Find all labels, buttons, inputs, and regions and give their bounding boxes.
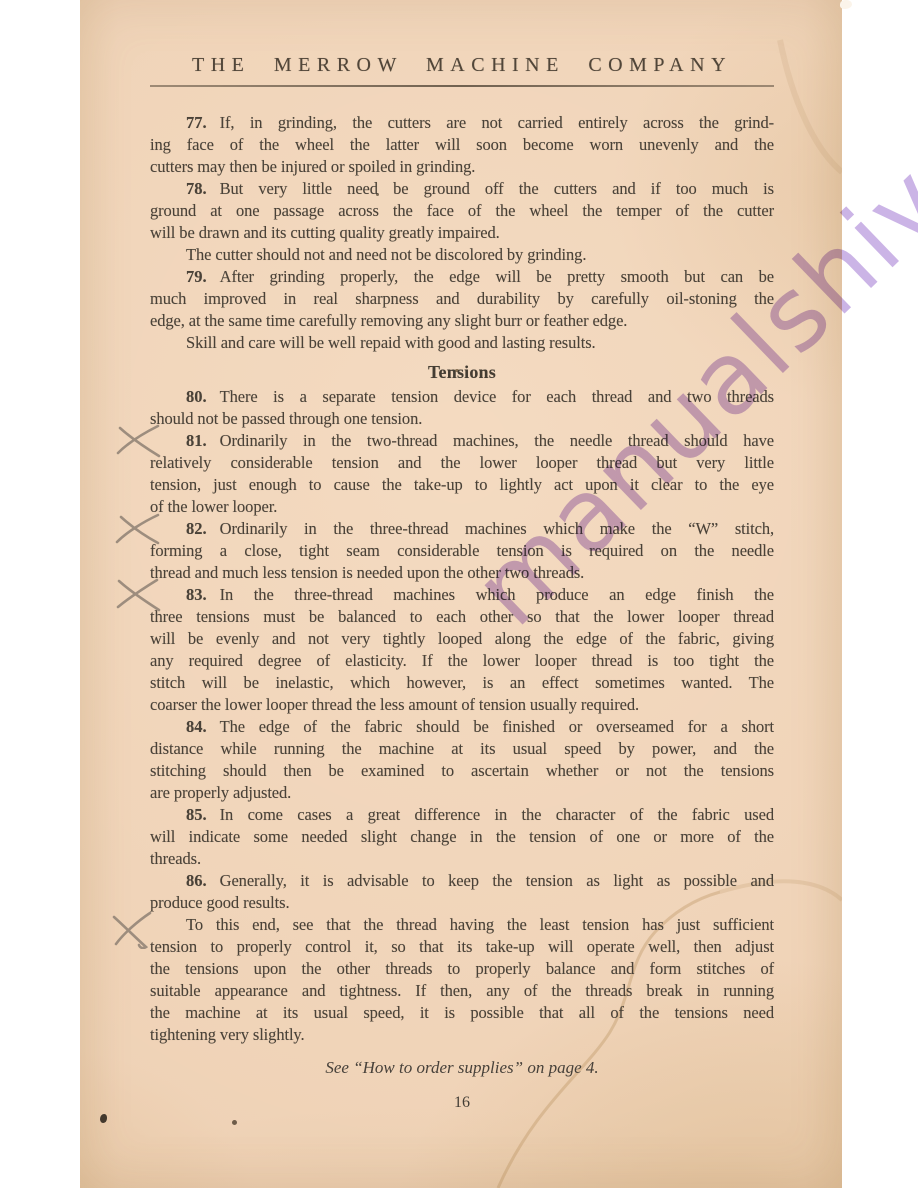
footer-note: See “How to order supplies” on page 4.	[150, 1058, 774, 1078]
text-line: To this end, see that the thread having …	[150, 914, 774, 936]
paragraph-number: 84.	[186, 717, 207, 736]
text-line: 79.After grinding properly, the edge wil…	[150, 266, 774, 288]
text-line: should not be passed through one tension…	[150, 408, 774, 430]
paragraph-79-note: Skill and care will be well repaid with …	[150, 332, 774, 354]
text-line: ing face of the wheel the latter will so…	[150, 134, 774, 156]
text-line: 82.Ordinarily in the three-thread machin…	[150, 518, 774, 540]
text-line: three tensions must be balanced to each …	[150, 606, 774, 628]
text-line: produce good results.	[150, 892, 774, 914]
text-line: will be drawn and its cutting quality gr…	[150, 222, 774, 244]
paragraph-78-note: The cutter should not and need not be di…	[150, 244, 774, 266]
paragraph-number: 78.	[186, 179, 207, 198]
paper-fleck	[840, 0, 852, 9]
page-number: 16	[150, 1094, 774, 1112]
paragraph-79: 79.After grinding properly, the edge wil…	[150, 266, 774, 332]
paragraph-number: 83.	[186, 585, 207, 604]
text-line: forming a close, tight seam considerable…	[150, 540, 774, 562]
pencil-x-mark	[110, 911, 158, 949]
text-line: The cutter should not and need not be di…	[150, 244, 774, 266]
text-line: 80.There is a separate tension device fo…	[150, 386, 774, 408]
text-line: any required degree of elasticity. If th…	[150, 650, 774, 672]
text-line: the machine at its usual speed, it is po…	[150, 1002, 774, 1024]
text-line: suitable appearance and tightness. If th…	[150, 980, 774, 1002]
text-line: Skill and care will be well repaid with …	[150, 332, 774, 354]
paragraph-to-this-end: To this end, see that the thread having …	[150, 914, 774, 1046]
pencil-x-mark	[114, 511, 162, 549]
text-line: edge, at the same time carefully removin…	[150, 310, 774, 332]
paragraph-number: 77.	[186, 113, 207, 132]
text-line: relatively considerable tension and the …	[150, 452, 774, 474]
text-line: distance while running the machine at it…	[150, 738, 774, 760]
paragraph-number: 86.	[186, 871, 207, 890]
text-line: are properly adjusted.	[150, 782, 774, 804]
text-line: tension to properly control it, so that …	[150, 936, 774, 958]
ink-speck	[100, 1114, 107, 1123]
paragraph-number: 81.	[186, 431, 207, 450]
section-heading: Tensions	[150, 361, 774, 383]
paragraph-number: 80.	[186, 387, 207, 406]
paragraph-85: 85.In come cases a great difference in t…	[150, 804, 774, 870]
text-line: the tensions upon the other threads to p…	[150, 958, 774, 980]
paragraph-86: 86.Generally, it is advisable to keep th…	[150, 870, 774, 914]
text-line: ground at one passage across the face of…	[150, 200, 774, 222]
text-line: will be evenly and not very tightly loop…	[150, 628, 774, 650]
ink-speck	[232, 1120, 237, 1125]
text-line: will indicate some needed slight change …	[150, 826, 774, 848]
paragraph-77: 77.If, in grinding, the cutters are not …	[150, 112, 774, 178]
text-line: 84.The edge of the fabric should be fini…	[150, 716, 774, 738]
text-line: stitch will be inelastic, which however,…	[150, 672, 774, 694]
text-line: threads.	[150, 848, 774, 870]
text-line: 86.Generally, it is advisable to keep th…	[150, 870, 774, 892]
pencil-x-mark	[114, 423, 162, 461]
text-line: 78.But very little need be ground off th…	[150, 178, 774, 200]
paragraph-80: 80.There is a separate tension device fo…	[150, 386, 774, 430]
paragraph-82: 82.Ordinarily in the three-thread machin…	[150, 518, 774, 584]
text-line: 83.In the three-thread machines which pr…	[150, 584, 774, 606]
header-rule	[150, 85, 774, 87]
text-line: coarser the lower looper thread the less…	[150, 694, 774, 716]
paragraph-81: 81.Ordinarily in the two-thread machines…	[150, 430, 774, 518]
text-line: of the lower looper.	[150, 496, 774, 518]
paragraph-83: 83.In the three-thread machines which pr…	[150, 584, 774, 716]
page-header-title: THE MERROW MACHINE COMPANY	[150, 54, 774, 77]
text-line: cutters may then be injured or spoiled i…	[150, 156, 774, 178]
text-line: stitching should then be examined to asc…	[150, 760, 774, 782]
text-line: 81.Ordinarily in the two-thread machines…	[150, 430, 774, 452]
paragraph-78: 78.But very little need be ground off th…	[150, 178, 774, 244]
paragraph-84: 84.The edge of the fabric should be fini…	[150, 716, 774, 804]
paragraph-number: 85.	[186, 805, 207, 824]
text-line: much improved in real sharpness and dura…	[150, 288, 774, 310]
text-line: tightening very slightly.	[150, 1024, 774, 1046]
paragraph-number: 82.	[186, 519, 207, 538]
scanned-page: THE MERROW MACHINE COMPANY 77.If, in gri…	[80, 0, 842, 1188]
text-line: thread and much less tension is needed u…	[150, 562, 774, 584]
text-line: 77.If, in grinding, the cutters are not …	[150, 112, 774, 134]
pencil-x-mark	[114, 577, 162, 615]
text-line: tension, just enough to cause the take-u…	[150, 474, 774, 496]
paragraph-number: 79.	[186, 267, 207, 286]
body-text: 77.If, in grinding, the cutters are not …	[150, 112, 774, 1046]
text-line: 85.In come cases a great difference in t…	[150, 804, 774, 826]
